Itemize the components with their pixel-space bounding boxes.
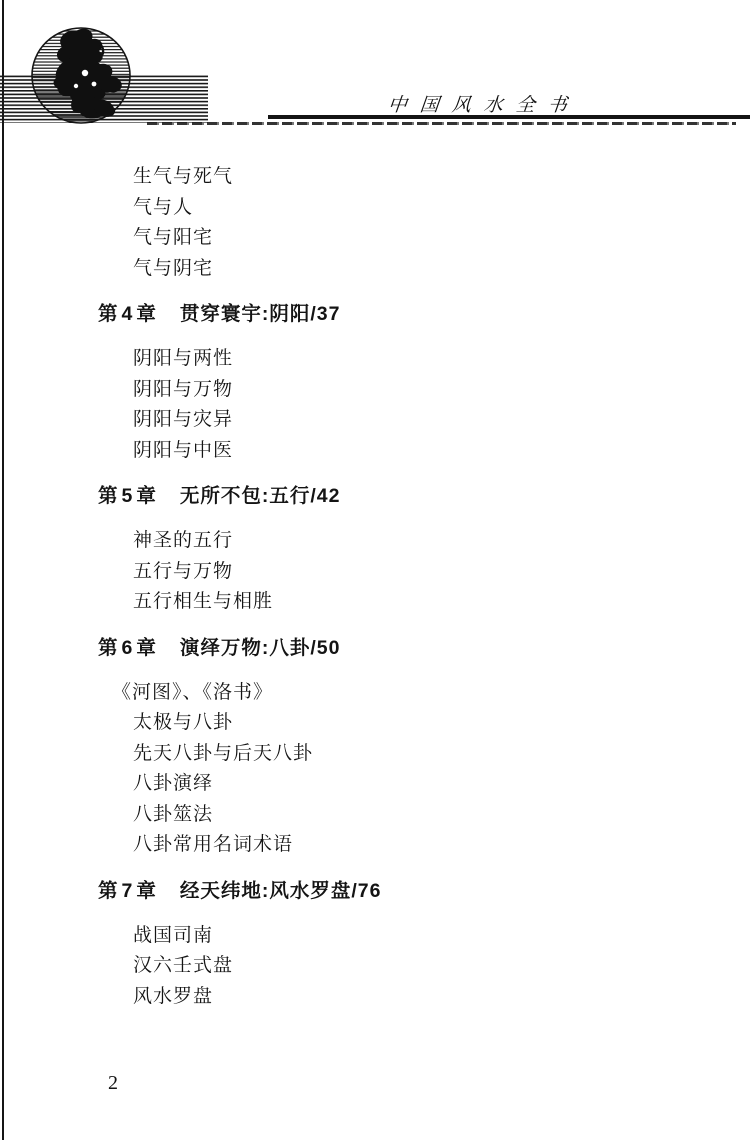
toc-item: 八卦筮法	[0, 800, 750, 831]
chapter-number: 第4章	[98, 303, 160, 325]
toc-item: 气与阴宅	[0, 254, 750, 285]
chapter-number: 第5章	[98, 485, 160, 507]
chapter-title: 演绎万物:八卦/50	[180, 637, 341, 659]
book-page: 中国风水全书 生气与死气气与人气与阳宅气与阴宅第4章贯穿寰宇:阴阳/37阴阳与两…	[0, 0, 750, 1140]
toc-chapter-heading: 第5章无所不包:五行/42	[0, 480, 750, 512]
toc-item: 五行相生与相胜	[0, 587, 750, 618]
toc-item: 生气与死气	[0, 162, 750, 193]
toc-item: 阴阳与万物	[0, 375, 750, 406]
book-title: 中国风水全书	[387, 90, 582, 117]
publisher-seal-logo	[0, 18, 260, 148]
toc-item: 先天八卦与后天八卦	[0, 739, 750, 770]
chapter-title: 贯穿寰宇:阴阳/37	[180, 303, 341, 325]
toc-item: 气与人	[0, 193, 750, 224]
toc-item: 八卦演绎	[0, 769, 750, 800]
toc-item: 汉六壬式盘	[0, 951, 750, 982]
chapter-number: 第7章	[98, 880, 160, 902]
toc-item: 阴阳与灾异	[0, 405, 750, 436]
toc-item: 阴阳与两性	[0, 344, 750, 375]
toc-item: 风水罗盘	[0, 982, 750, 1013]
header-rule-dashed	[147, 122, 736, 125]
toc-item: 八卦常用名词术语	[0, 830, 750, 861]
toc-item: 阴阳与中医	[0, 436, 750, 467]
toc-item: 太极与八卦	[0, 708, 750, 739]
toc-chapter-heading: 第6章演绎万物:八卦/50	[0, 632, 750, 664]
chapter-title: 经天纬地:风水罗盘/76	[180, 880, 382, 902]
toc-item: 神圣的五行	[0, 526, 750, 557]
header-rule-thick	[268, 115, 750, 119]
toc-item: 《河图》、《洛书》	[0, 678, 750, 709]
toc-chapter-heading: 第7章经天纬地:风水罗盘/76	[0, 875, 750, 907]
chapter-number: 第6章	[98, 637, 160, 659]
toc-item: 气与阳宅	[0, 223, 750, 254]
chapter-title: 无所不包:五行/42	[180, 485, 341, 507]
toc: 生气与死气气与人气与阳宅气与阴宅第4章贯穿寰宇:阴阳/37阴阳与两性阴阳与万物阴…	[0, 162, 750, 1012]
page-number: 2	[108, 1072, 118, 1095]
toc-item: 五行与万物	[0, 557, 750, 588]
toc-chapter-heading: 第4章贯穿寰宇:阴阳/37	[0, 298, 750, 330]
toc-item: 战国司南	[0, 921, 750, 952]
